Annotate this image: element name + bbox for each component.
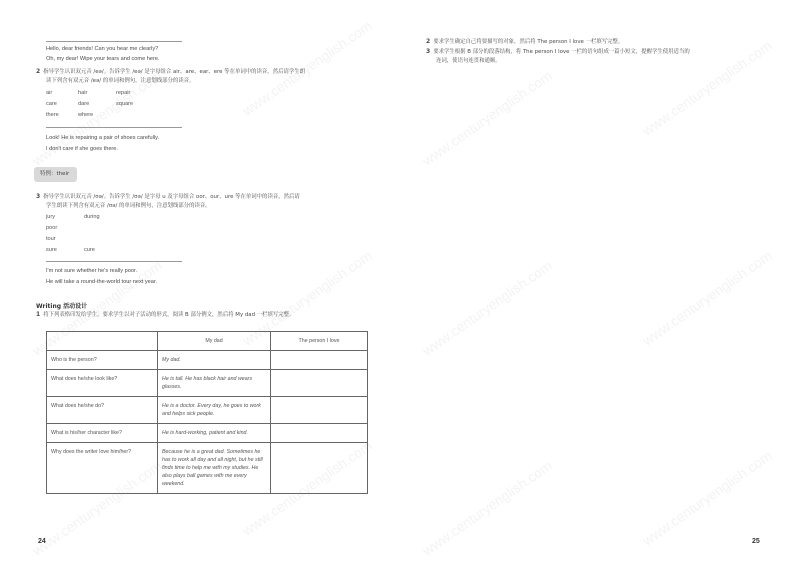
table-cell: What is his/her character like?: [47, 424, 158, 443]
divider: [46, 127, 182, 128]
table-cell: What does he/she do?: [47, 397, 158, 424]
vocab-word: hair: [78, 90, 87, 96]
vocab-word: there: [46, 112, 59, 118]
example-sentence: Hello, dear friends! Can you hear me cle…: [46, 46, 158, 53]
table-cell: What does he/she look like?: [47, 370, 158, 397]
special-case-badge: 特例：their: [34, 167, 77, 182]
table-row: Why does the writer love him/her? Becaus…: [47, 443, 368, 494]
table-cell-blank[interactable]: [271, 370, 368, 397]
item-text: 要求学生确定自己将要描写的对象，然后将 The person I love 一栏…: [433, 39, 623, 45]
example-sentence: He will take a round-the-world tour next…: [46, 279, 157, 286]
item-3-line-1: 3指导学生认识双元音 /ʊə/。告诉学生 /ʊə/ 是字母 u 及字母组合 oo…: [36, 193, 300, 201]
item-number: 3: [36, 193, 40, 200]
item-3-line-2: 连词，使语句连贯和通顺。: [436, 58, 501, 65]
vocab-word: air: [46, 90, 52, 96]
page-number: 24: [38, 538, 46, 545]
divider: [46, 41, 182, 42]
table-header-row: My dad The person I love: [47, 332, 368, 351]
item-text: 要求学生根据 B 部分的段落结构，将 The person I love 一栏的…: [433, 49, 690, 55]
table-cell-blank[interactable]: [271, 397, 368, 424]
item-2-line-2: 读下列含有双元音 /eə/ 的单词和例句，注意划线部分的读音。: [46, 78, 194, 85]
section-title: Writing 活动设计: [36, 301, 87, 310]
table-cell: He is hard-working, patient and kind.: [158, 424, 271, 443]
table-cell: Because he is a great dad. Sometimes he …: [158, 443, 271, 494]
table-cell: Why does the writer love him/her?: [47, 443, 158, 494]
table-row: Who is the person? My dad.: [47, 351, 368, 370]
table-header: The person I love: [271, 332, 368, 351]
page-number: 25: [752, 538, 760, 545]
vocab-word: square: [116, 101, 133, 107]
divider: [46, 261, 182, 262]
writing-item-1: 1将下列表格印发给学生，要求学生以对子活动的形式，阅读 B 部分例文，然后将 M…: [36, 311, 294, 319]
item-3-line-2: 学生朗读下列含有双元音 /ʊə/ 的单词和例句，注意划线部分的读音。: [46, 203, 211, 210]
right-page: 2要求学生确定自己将要描写的对象，然后将 The person I love 一…: [400, 0, 800, 566]
vocab-word: cure: [84, 247, 95, 253]
table-cell: Who is the person?: [47, 351, 158, 370]
example-sentence: I'm not sure whether he's really poor.: [46, 268, 137, 275]
item-number: 2: [36, 68, 40, 75]
example-sentence: Oh, my dear! Wipe your tears and come he…: [46, 56, 159, 63]
left-page: Hello, dear friends! Can you hear me cle…: [0, 0, 400, 566]
vocab-word: care: [46, 101, 57, 107]
item-2: 2要求学生确定自己将要描写的对象，然后将 The person I love 一…: [426, 38, 623, 46]
example-sentence: I don't care if she goes there.: [46, 146, 118, 153]
example-sentence: Look! He is repairing a pair of shoes ca…: [46, 135, 159, 142]
vocab-word: dare: [78, 101, 89, 107]
table-cell-blank[interactable]: [271, 443, 368, 494]
table-cell: He is tall. He has black hair and wears …: [158, 370, 271, 397]
table-header: My dad: [158, 332, 271, 351]
table-cell: He is a doctor. Every day, he goes to wo…: [158, 397, 271, 424]
item-number: 3: [426, 48, 430, 55]
table-row: What does he/she do? He is a doctor. Eve…: [47, 397, 368, 424]
item-number: 2: [426, 38, 430, 45]
vocab-word: jury: [46, 214, 55, 220]
item-text: 将下列表格印发给学生，要求学生以对子活动的形式，阅读 B 部分例文，然后将 My…: [43, 312, 294, 318]
table-cell-blank[interactable]: [271, 424, 368, 443]
writing-table: My dad The person I love Who is the pers…: [46, 331, 368, 494]
item-text: 指导学生认识双元音 /ʊə/。告诉学生 /ʊə/ 是字母 u 及字母组合 oor…: [43, 194, 300, 200]
table-cell: My dad.: [158, 351, 271, 370]
vocab-word: where: [78, 112, 93, 118]
item-3-line-1: 3要求学生根据 B 部分的段落结构，将 The person I love 一栏…: [426, 48, 690, 56]
vocab-word: repair: [116, 90, 130, 96]
vocab-word: tour: [46, 236, 56, 242]
item-2-line-1: 2指导学生认识双元音 /eə/。告诉学生 /eə/ 是字母组合 air、are、…: [36, 68, 305, 76]
vocab-word: sure: [46, 247, 57, 253]
item-text: 指导学生认识双元音 /eə/。告诉学生 /eə/ 是字母组合 air、are、e…: [43, 69, 305, 75]
item-number: 1: [36, 311, 40, 318]
table-row: What is his/her character like? He is ha…: [47, 424, 368, 443]
table-row: What does he/she look like? He is tall. …: [47, 370, 368, 397]
vocab-word: during: [84, 214, 100, 220]
vocab-word: poor: [46, 225, 57, 231]
table-cell-blank[interactable]: [271, 351, 368, 370]
table-header: [47, 332, 158, 351]
